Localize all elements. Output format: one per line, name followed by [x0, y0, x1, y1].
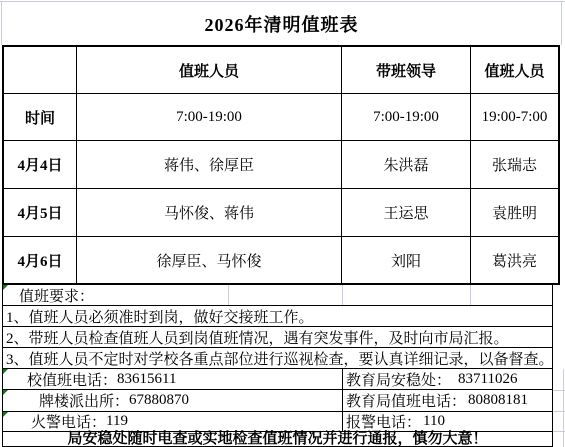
duty-table: 值班人员 带班领导 值班人员 时间 7:00-19:00 7:00-19:00 … — [2, 45, 560, 285]
notes-section: 值班要求： 1、值班人员必须准时到岗，做好交接班工作。 2、带班人员检查值班人员… — [2, 285, 553, 447]
cell-error-marker-icon — [3, 412, 8, 417]
time-cell-day-shift: 7:00-19:00 — [77, 94, 342, 141]
phone-row-police-station: 牌楼派出所： 67880870 教育局值班电话： 80808181 — [3, 390, 552, 412]
header-cell-lead-leader: 带班领导 — [342, 47, 471, 94]
phone-label: 校值班电话： — [27, 369, 117, 390]
gridline-inner-1 — [228, 285, 229, 305]
phone-number: 83615611 — [117, 371, 176, 388]
phone-number: 67880870 — [129, 392, 189, 409]
requirement-item-2: 2、带班人员检查值班人员到岗值班情况，遇有突发事件，及时向市局汇报。 — [3, 327, 552, 348]
phone-row-emergency: 火警电话： 119 报警电话： 110 — [3, 412, 552, 432]
footer-warning: 局安稳处随时电查或实地检查值班情况并进行通报，慎勿大意！ — [3, 432, 552, 446]
gridline-stub-3 — [553, 431, 565, 432]
cell-error-marker-icon — [3, 285, 8, 290]
phone-label: 报警电话： — [346, 411, 421, 432]
cell-error-marker-icon — [3, 390, 8, 395]
requirement-item-3: 3、值班人员不定时对学校各重点部位进行巡视检查，要认真详细记录，以备督查。 — [3, 348, 552, 369]
gridline-inner-3 — [470, 285, 471, 305]
phone-cell-pailou-station: 牌楼派出所： 67880870 — [3, 390, 342, 411]
gridline-stub-1 — [553, 390, 565, 391]
duty-cell-apr4-night: 张瑞志 — [471, 141, 558, 189]
requirements-heading-row: 值班要求： — [3, 285, 552, 306]
duty-cell-apr5-leader: 王运思 — [342, 189, 471, 237]
duty-cell-apr4-staff: 蒋伟、徐厚臣 — [77, 141, 342, 189]
phone-label: 教育局安稳处： — [346, 369, 451, 390]
gridline-right-strip — [563, 369, 564, 447]
header-cell-duty-staff: 值班人员 — [77, 47, 342, 94]
phone-cell-police-alarm: 报警电话： 110 — [342, 412, 552, 431]
duty-cell-apr5-night: 袁胜明 — [471, 189, 558, 237]
time-cell-lead-shift: 7:00-19:00 — [342, 94, 471, 141]
header-cell-empty — [4, 47, 77, 94]
duty-cell-apr4-leader: 朱洪磊 — [342, 141, 471, 189]
phone-label: 牌楼派出所： — [39, 390, 129, 411]
duty-cell-apr5-staff: 马怀俊、蒋伟 — [77, 189, 342, 237]
time-cell-night-shift: 19:00-7:00 — [471, 94, 558, 141]
cell-error-marker-icon — [3, 369, 8, 374]
row-label-apr6: 4月6日 — [4, 237, 77, 283]
gridline-stub-2 — [553, 411, 565, 412]
gridline-inner-2 — [342, 285, 343, 305]
duty-cell-apr6-staff: 徐厚臣、马怀俊 — [77, 237, 342, 283]
requirement-item-1: 1、值班人员必须准时到岗，做好交接班工作。 — [3, 306, 552, 327]
phone-number: 80808181 — [468, 392, 528, 409]
duty-cell-apr6-night: 葛洪亮 — [471, 237, 558, 283]
row-label-apr4: 4月4日 — [4, 141, 77, 189]
requirements-heading: 值班要求： — [19, 285, 94, 306]
phone-cell-bureau-security: 教育局安稳处： 83711026 — [342, 369, 552, 389]
phone-row-school: 校值班电话： 83615611 教育局安稳处： 83711026 — [3, 369, 552, 390]
duty-cell-apr6-leader: 刘阳 — [342, 237, 471, 283]
phone-number: 83711026 — [458, 371, 517, 388]
phone-cell-bureau-duty: 教育局值班电话： 80808181 — [342, 390, 552, 411]
row-label-time: 时间 — [4, 94, 77, 141]
phone-label: 火警电话： — [31, 411, 106, 432]
page-title: 2026年清明值班表 — [2, 2, 561, 45]
phone-number: 110 — [423, 413, 445, 430]
header-cell-duty-staff-2: 值班人员 — [471, 47, 558, 94]
gridline-title-right — [561, 1, 562, 45]
phone-label: 教育局值班电话： — [346, 390, 466, 411]
row-label-apr5: 4月5日 — [4, 189, 77, 237]
phone-number: 119 — [106, 413, 128, 430]
phone-cell-school-duty: 校值班电话： 83615611 — [3, 369, 342, 389]
phone-cell-fire-alarm: 火警电话： 119 — [3, 412, 342, 431]
